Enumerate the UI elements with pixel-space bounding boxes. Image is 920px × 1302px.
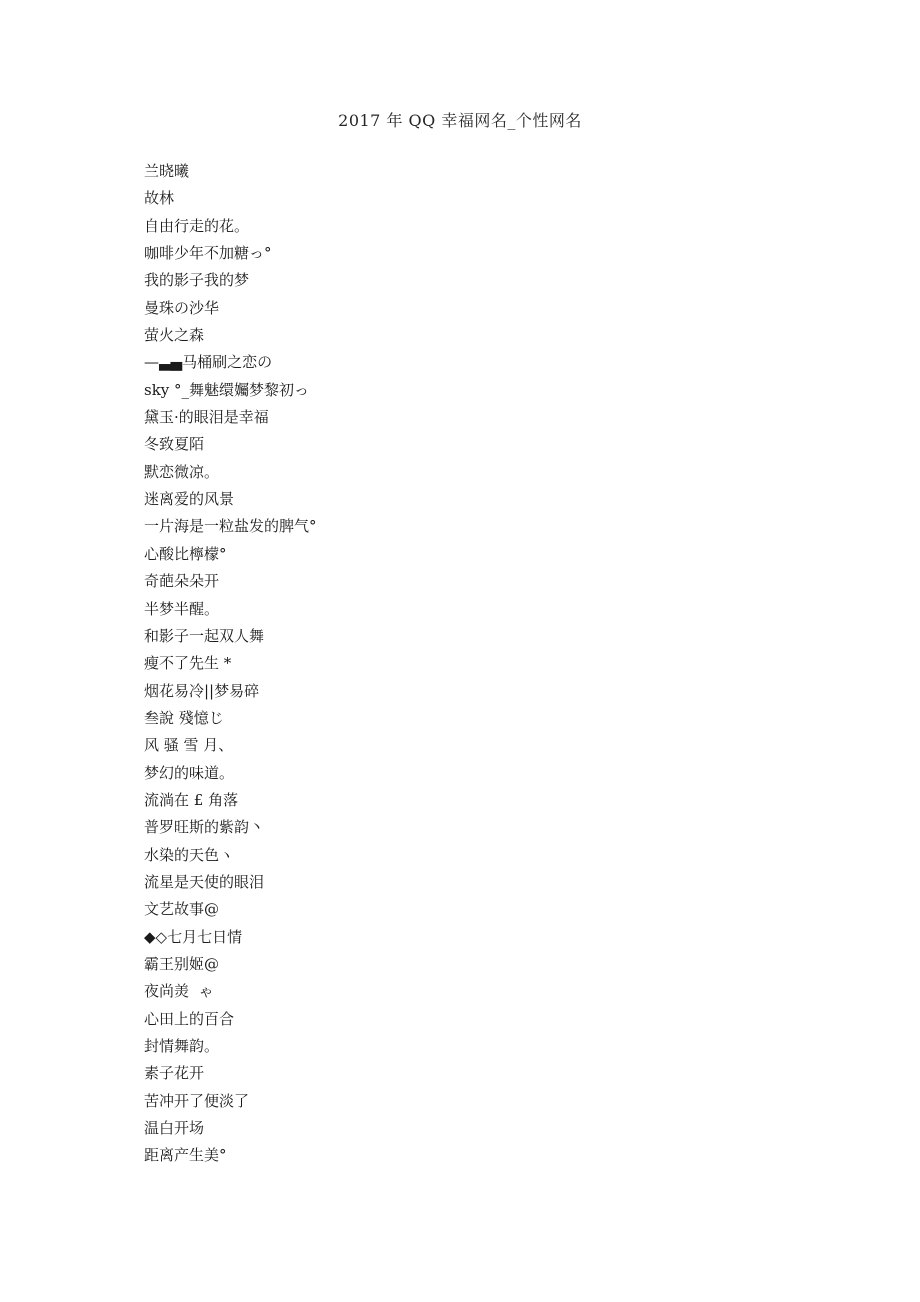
nickname-line: 冬致夏陌 bbox=[144, 431, 860, 458]
nickname-list: 兰晓曦故林自由行走的花。咖啡少年不加糖っ°我的影子我的梦曼珠の沙华萤火之森—▃▄… bbox=[144, 158, 860, 1170]
nickname-line: 兰晓曦 bbox=[144, 158, 860, 185]
nickname-line: 半梦半醒。 bbox=[144, 596, 860, 623]
nickname-line: 叁說 殘憶じ bbox=[144, 705, 860, 732]
nickname-line: 流淌在 £ 角落 bbox=[144, 787, 860, 814]
nickname-line: ◆◇七月七日情 bbox=[144, 924, 860, 951]
nickname-line: —▃▄马桶刷之恋の bbox=[144, 349, 860, 376]
nickname-line: 封情舞韵。 bbox=[144, 1033, 860, 1060]
nickname-line: 素子花开 bbox=[144, 1060, 860, 1087]
nickname-line: 水染的天色ヽ bbox=[144, 842, 860, 869]
nickname-line: 霸王别姬@ bbox=[144, 951, 860, 978]
nickname-line: 烟花易冷||梦易碎 bbox=[144, 678, 860, 705]
nickname-line: 梦幻的味道。 bbox=[144, 760, 860, 787]
nickname-line: 一片海是一粒盐发的脾气° bbox=[144, 513, 860, 540]
nickname-line: 曼珠の沙华 bbox=[144, 295, 860, 322]
nickname-line: sky °_舞魅缳孎梦黎初っ bbox=[144, 377, 860, 404]
nickname-line: 距离产生美° bbox=[144, 1142, 860, 1169]
nickname-line: 心田上的百合 bbox=[144, 1006, 860, 1033]
nickname-line: 流星是天使的眼泪 bbox=[144, 869, 860, 896]
page-title: 2017 年 QQ 幸福网名_个性网名 bbox=[0, 108, 920, 131]
nickname-line: 迷离爱的风景 bbox=[144, 486, 860, 513]
nickname-line: 故林 bbox=[144, 185, 860, 212]
nickname-line: 心酸比檸檬° bbox=[144, 541, 860, 568]
nickname-line: 默恋微凉。 bbox=[144, 459, 860, 486]
document-page: 2017 年 QQ 幸福网名_个性网名 兰晓曦故林自由行走的花。咖啡少年不加糖っ… bbox=[0, 0, 920, 1302]
nickname-line: 温白开场 bbox=[144, 1115, 860, 1142]
nickname-line: 我的影子我的梦 bbox=[144, 267, 860, 294]
nickname-line: 奇葩朵朵开 bbox=[144, 568, 860, 595]
nickname-line: 黛玉·的眼泪是幸福 bbox=[144, 404, 860, 431]
nickname-line: 和影子一起双人舞 bbox=[144, 623, 860, 650]
nickname-line: 苦冲开了便淡了 bbox=[144, 1088, 860, 1115]
nickname-line: 瘦不了先生 * bbox=[144, 650, 860, 677]
nickname-line: 萤火之森 bbox=[144, 322, 860, 349]
nickname-line: 自由行走的花。 bbox=[144, 213, 860, 240]
nickname-line: 夜尚羙 ゃ bbox=[144, 978, 860, 1005]
nickname-line: 咖啡少年不加糖っ° bbox=[144, 240, 860, 267]
nickname-line: 风 骚 雪 月、 bbox=[144, 732, 860, 759]
nickname-line: 文艺故事@ bbox=[144, 896, 860, 923]
nickname-line: 普罗旺斯的紫韵丶 bbox=[144, 814, 860, 841]
